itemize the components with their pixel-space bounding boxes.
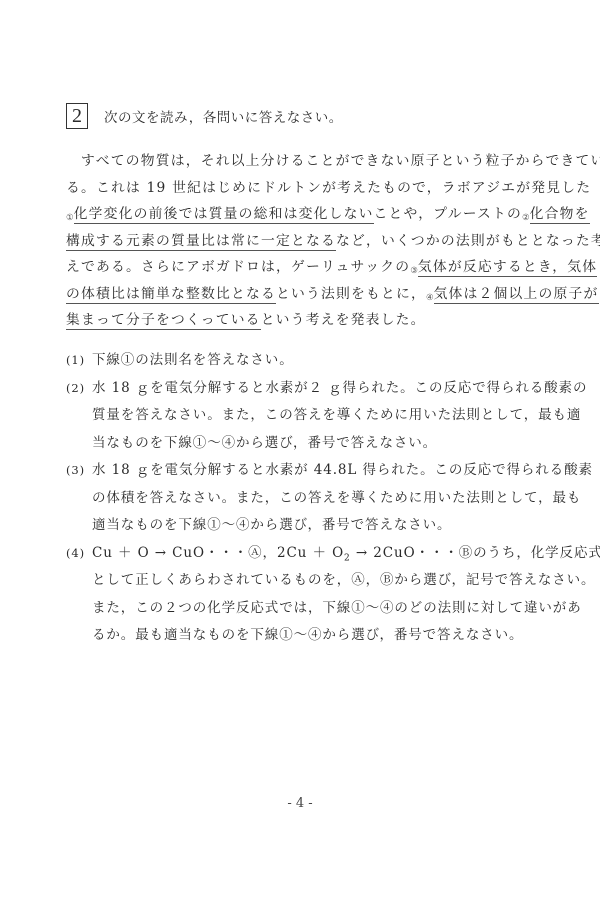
sub-questions: (1) 下線①の法則名を答えなさい。 (2) 水 18 ｇを電気分解すると水素が… (66, 347, 594, 650)
underline-marker-3: ③ (410, 266, 418, 276)
sub-question-3: (3) 水 18 ｇを電気分解すると水素が 44.8L 得られた。この反応で得ら… (66, 457, 594, 485)
equation-b-lhs: 2Cu ＋ O (277, 545, 344, 561)
sub-question-1: (1) 下線①の法則名を答えなさい。 (66, 347, 594, 375)
sub-question-4: (4) Cu ＋ O → CuO・・・Ⓐ，2Cu ＋ O2 → 2CuO・・・Ⓑ… (66, 540, 594, 568)
underlined-law-4: 気体は２個以上の原子が (434, 286, 599, 304)
question-number-box: 2 (66, 103, 88, 129)
sub-question-text: るか。最も適当なものを下線①～④から選び，番号で答えなさい。 (92, 622, 523, 650)
sub-question-label: (4) (66, 540, 85, 568)
passage-text: という考えを発表した。 (261, 312, 426, 328)
underlined-law-2: 化合物を (530, 206, 590, 224)
underline-marker-2: ② (522, 213, 530, 223)
equation-a: Cu ＋ O → CuO・・・Ⓐ， (92, 545, 277, 561)
sub-question-text: 下線①の法則名を答えなさい。 (92, 347, 294, 375)
sub-question-2-cont: 質量を答えなさい。また，この答えを導くために用いた法則として，最も適 (66, 402, 594, 430)
sub-question-label: (3) (66, 457, 85, 485)
subscript: 2 (344, 553, 351, 563)
passage-line: の体積比は簡単な整数比となるという法則をもとに，④気体は２個以上の原子が (66, 281, 594, 308)
sub-question-4-cont: として正しくあらわされているものを，Ⓐ，Ⓑから選び，記号で答えなさい。 (66, 567, 594, 595)
passage-text: えである。さらにアボガドロは，ゲーリュサックの (66, 259, 410, 275)
passage-text: ことや，プルーストの (374, 206, 522, 222)
sub-question-4-cont: るか。最も適当なものを下線①～④から選び，番号で答えなさい。 (66, 622, 594, 650)
sub-question-label: (1) (66, 347, 85, 375)
sub-question-label: (2) (66, 375, 85, 403)
page-number: - 4 - (0, 796, 600, 811)
sub-question-text: 当なものを下線①～④から選び，番号で答えなさい。 (92, 430, 437, 458)
passage-line: ①化学変化の前後では質量の総和は変化しないことや，プルーストの②化合物を (66, 201, 594, 228)
passage-line: 集まって分子をつくっているという考えを発表した。 (66, 307, 594, 334)
sub-question-text: 質量を答えなさい。また，この答えを導くために用いた法則として，最も適 (92, 402, 581, 430)
passage-text: など，いくつかの法則がもととなった考 (336, 233, 600, 249)
sub-question-text: 水 18 ｇを電気分解すると水素が 44.8L 得られた。この反応で得られる酸素 (92, 457, 593, 485)
question-header: 2 次の文を読み，各問いに答えなさい。 (66, 103, 343, 129)
passage-line: すべての物質は，それ以上分けることができない原子という粒子からできてい (66, 148, 594, 175)
reading-passage: すべての物質は，それ以上分けることができない原子という粒子からできてい る。これ… (66, 148, 594, 334)
sub-question-2-cont: 当なものを下線①～④から選び，番号で答えなさい。 (66, 430, 594, 458)
sub-question-4-cont: また，この２つの化学反応式では，下線①～④のどの法則に対して違いがあ (66, 595, 594, 623)
underline-marker-1: ① (66, 213, 74, 223)
sub-question-2: (2) 水 18 ｇを電気分解すると水素が２ ｇ得られた。この反応で得られる酸素… (66, 375, 594, 403)
passage-line: る。これは 19 世紀はじめにドルトンが考えたもので，ラボアジエが発見した (66, 175, 594, 202)
sub-question-text: 水 18 ｇを電気分解すると水素が２ ｇ得られた。この反応で得られる酸素の (92, 375, 587, 403)
underlined-law-3: 気体が反応するとき，気体 (418, 259, 597, 277)
exam-page: 2 次の文を読み，各問いに答えなさい。 すべての物質は，それ以上分けることができ… (0, 0, 600, 900)
underlined-law-2: 構成する元素の質量比は常に一定となる (66, 233, 336, 251)
passage-text: という法則をもとに， (276, 286, 426, 302)
underlined-law-3: の体積比は簡単な整数比となる (66, 286, 276, 304)
underline-marker-4: ④ (426, 293, 434, 303)
underlined-law-4: 集まって分子をつくっている (66, 312, 261, 330)
sub-question-3-cont: 適当なものを下線①～④から選び，番号で答えなさい。 (66, 512, 594, 540)
passage-line: えである。さらにアボガドロは，ゲーリュサックの③気体が反応するとき，気体 (66, 254, 594, 281)
question-instruction: 次の文を読み，各問いに答えなさい。 (104, 106, 343, 126)
sub-question-text: の体積を答えなさい。また，この答えを導くために用いた法則として，最も (92, 485, 581, 513)
passage-line: 構成する元素の質量比は常に一定となるなど，いくつかの法則がもととなった考 (66, 228, 594, 255)
sub-question-text: 適当なものを下線①～④から選び，番号で答えなさい。 (92, 512, 451, 540)
underlined-law-1: 化学変化の前後では質量の総和は変化しない (74, 206, 374, 224)
sub-question-text: また，この２つの化学反応式では，下線①～④のどの法則に対して違いがあ (92, 595, 582, 623)
equation-b-rhs: → 2CuO・・・Ⓑのうち，化学反応式 (351, 545, 600, 561)
equation-b: 2Cu ＋ O2 → 2CuO・・・Ⓑのうち，化学反応式 (277, 545, 600, 561)
sub-question-3-cont: の体積を答えなさい。また，この答えを導くために用いた法則として，最も (66, 485, 594, 513)
sub-question-text: として正しくあらわされているものを，Ⓐ，Ⓑから選び，記号で答えなさい。 (92, 567, 595, 595)
